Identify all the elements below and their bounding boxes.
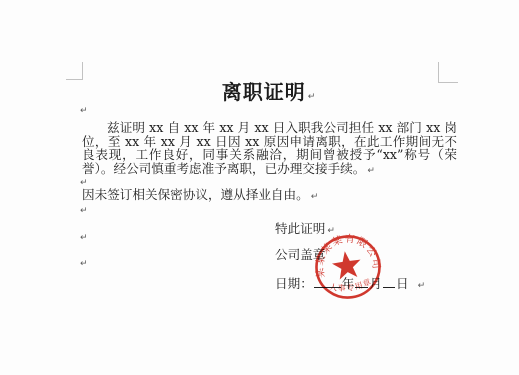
document-title: 离职证明 — [222, 80, 306, 104]
paragraph-mark: ↵ — [308, 92, 317, 102]
paragraph-mark: ↵ — [418, 281, 426, 291]
date-label: 日期： — [275, 276, 313, 291]
paragraph-mark: ↵ — [367, 166, 375, 176]
paragraph-mark: ↵ — [311, 192, 319, 202]
company-seal-stamp: 某某某某有限公司 人事专用章 — [311, 232, 385, 304]
paragraph-mark: ↵ — [80, 259, 88, 269]
paragraph-mark: ↵ — [80, 233, 88, 243]
body-paragraph-text: 兹证明 xx 自 xx 年 xx 月 xx 日入职我公司担任 xx 部门 xx … — [82, 120, 457, 176]
paragraph-mark: ↵ — [80, 106, 88, 116]
paragraph-mark: ↵ — [80, 206, 88, 216]
seal-group: 某某某某有限公司 人事专用章 — [311, 232, 385, 302]
word-document-page[interactable]: 离职证明↵ ↵ ↵ ↵ ↵ ↵ 兹证明 xx 自 xx 年 xx 月 xx 日入… — [0, 0, 519, 375]
body-paragraph: 兹证明 xx 自 xx 年 xx 月 xx 日入职我公司担任 xx 部门 xx … — [82, 121, 457, 178]
seal-star-icon — [331, 249, 363, 280]
page-corner-mark-top-left — [66, 62, 83, 80]
document-title-line: 离职证明↵ — [82, 80, 456, 109]
date-day-label: 日 — [396, 276, 409, 291]
secrecy-paragraph: 因未签订相关保密协议，遵从择业自由。↵ — [82, 188, 318, 204]
secrecy-paragraph-text: 因未签订相关保密协议，遵从择业自由。 — [82, 187, 309, 202]
